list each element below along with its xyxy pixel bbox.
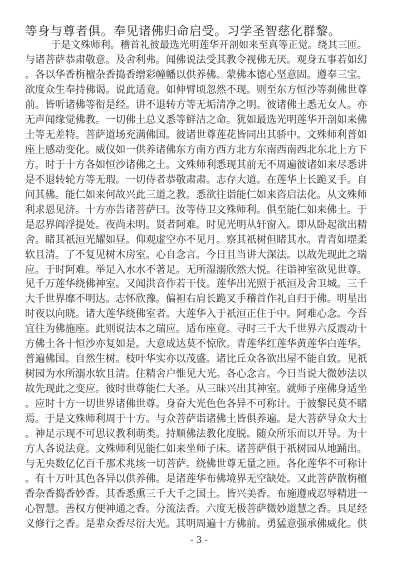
text-line: 树园为水所溺水软且清。住精舍户惟见大光。各心念言。今日当说大微妙法以 [25,368,367,383]
text-line: 见千万莲华绕佛神室。又闻洪音作若干伎。莲华出光照于祇洹及舍卫城。三千 [25,278,367,293]
text-line: 宜往为佛施座。此则说法本之瑞应。适布座竟。寻时三千大千世界六反震动十 [25,323,367,338]
text-line: 香杂香捣香妙香。其香悉熏三千大千之国土。皆兴美香。布施遵戒忍辱精进一 [25,488,367,503]
text-line: 方佛土各十恒沙亦复如是。大意成达莫不惊欣。青莲华红莲华黄莲华白莲华。 [25,338,367,353]
text-line: 。有十万叶其色各异以供养佛。是诸莲华布佛境界无空缺处。又此菩萨散栴檀 [25,473,367,488]
page-number: - 3 - [0,536,398,546]
text-line: 故先现此之变应。彼时世尊能仁大圣。从三昧兴出其神室。就师子座佛身适坐 [25,383,367,398]
text-line: 欲度众生奉持佛谒。说此适竟。如伸臂顷忽然不现。则至东方恒沙等刹佛世尊 [25,84,367,99]
text-line: 与无央数亿亿百千那术兆垓一切菩萨。绕佛世尊无量之匝。各化莲华不可称计 [25,458,367,473]
text-line: 方人各说法竟。文殊师利见能仁如来坐师子床。诸菩萨俱于祇树园从地踊出。 [25,443,367,458]
document-page: 等身与尊者俱。奉见诸佛归命启受。习学圣智慈化群黎。于是文殊师利。稽首礼彼最选光明… [25,24,367,533]
text-line: 。应时十方一切世界诸佛世尊。身奋大光色色各异不可称计。于彼黎民莫不睹 [25,398,367,413]
text-line: 。各以华香栴檀杂香捣香缯彩幢幡以供养佛。蒙佛本德心坚意固。遵奉三宝。 [25,69,367,84]
text-line: 方。时于十方各如恒沙诸佛之土。文殊师利悉现其前无不周遍彼诸如来尽悉讲 [25,159,367,174]
text-line: 焉。于是文殊师利周于十方。与众菩萨诣诸佛土皆俱养遍。是大菩萨导众大士 [25,413,367,428]
text-line: 大千世界靡不明达。志怀欣豫。偏袒右肩长跪叉手稽首作礼自归于佛。明星出 [25,293,367,308]
text-line: 是不退转轮方等无瑕。一切侍者恭敬肃肃。志存大道。在莲华上长跪叉手。自 [25,174,367,189]
text-line: 前。皆听诸佛等衔是经。讲不退转方等无垢清净之明。彼诸佛土悉无女人。亦 [25,99,367,114]
text-line: 问其佛。能仁如来何故兴此三道之教。悉欲往诣能仁如来咨启法化。从文殊师 [25,189,367,204]
text-line: 义修行之香。是辈众香尽衍大光。其明周遍十方佛前。勇猛意强承佛威化。供 [25,518,367,533]
text-line: 普遍佛国。自然生树。枝叶华实亦以茂盛。诸比丘众各欲出屋不能自致。见祇 [25,353,367,368]
text-line: 土等无差特。菩萨道场充满佛国。彼诸世尊莲花皆同出其骄中。文殊师利普如 [25,129,367,144]
text-line: 舍。睹其祇洹光耀如昼。仰观虚空亦不见月。察其祇树但睹其水。青青如堽柔 [25,234,367,249]
text-line: 。神足示现不可思议教利萌类。持顺佛法教化度脱。随众所乐而以开导。为十 [25,428,367,443]
text-line: 与诸菩萨恭肃敬意。及舍利弗。闻佛说法受其教令视佛无厌。观身五事若如幻 [25,54,367,69]
text-line: 心智慧。善权方便神通之香。分流法香。六度无极菩萨微妙道慧之香。具足经 [25,503,367,518]
text-line: 利求恩见济。十方亦告诸菩萨曰。汝等侍卫文殊师利。俱至能仁如来佛土。于 [25,204,367,219]
text-line: 软且清。了不复见树木房室。心自念言。今日且当讲大深法。以故先现此之瑞 [25,249,367,264]
text-line: 应。于时阿难。举足入水水不著足。无所湿溺欣然大悦。往诣神室欲见世尊。 [25,264,367,279]
text-line: 是忍界阎浮提处。夜尚未明。贤者阿难。时见光明从轩窗入。即从卧起欲出精 [25,219,367,234]
text-line: 时夜以向晓。诸大莲华绕佛室者。大莲华入于祇洹正住于中。阿难心念。今吾 [25,308,367,323]
text-line: 无声闻缘觉佛教。一切佛土总义悉等鲜洁之命。犹如最选光明莲华开剖如来佛 [25,114,367,129]
text-line: 等身与尊者俱。奉见诸佛归命启受。习学圣智慈化群黎。 [25,24,367,39]
text-line: 于是文殊师利。稽首礼彼最选光明莲华开剖如来至真等正觉。绕其三匝。 [25,39,367,54]
text-line: 座上感动变化。威仪如一供养诸佛东方南方西方北方东南西南西北东北上方下 [25,144,367,159]
